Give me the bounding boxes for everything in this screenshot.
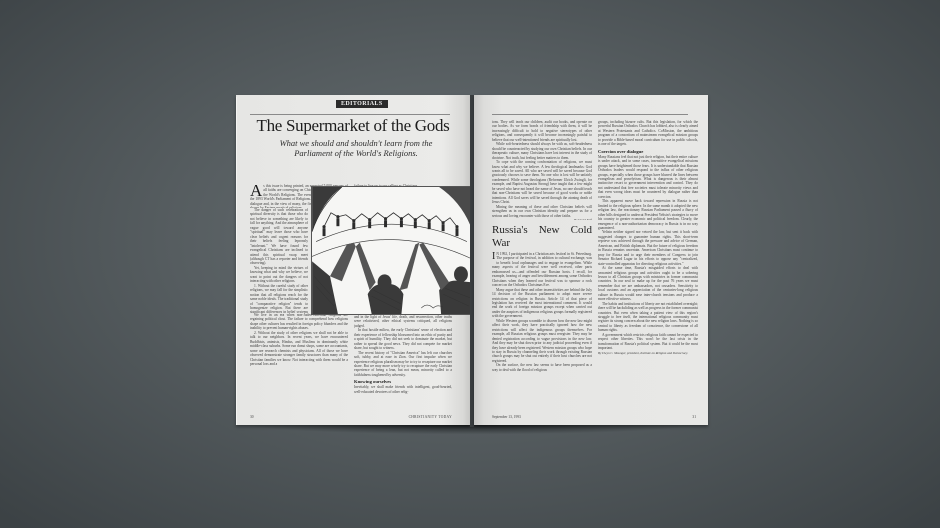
dropcap: I <box>492 252 495 261</box>
left-col2-bottom: and in the light of Jesus' life, death, … <box>354 315 452 413</box>
paragraph: N 1992, I participated in a Christian ar… <box>492 252 592 288</box>
paragraph: A government which restricts religious f… <box>598 333 698 351</box>
paragraph: To cope with the coming confrontation of… <box>492 160 592 205</box>
byline-mounger: By Dwyn C. Mounger, president, Institute… <box>598 351 698 355</box>
header-rule <box>492 114 688 115</box>
paragraph: Many Russians feel that not just their r… <box>598 155 698 200</box>
left-col1-narrow: The danger of such celebrations of spiri… <box>250 208 308 313</box>
paragraph: Inevitably, we shall make friends with i… <box>354 385 452 394</box>
paragraph: groups, including bizarre cults. But thi… <box>598 120 698 147</box>
right-col1-top: ions. They will teach our children, audi… <box>492 120 592 220</box>
paragraph: While Western groups scramble to discern… <box>492 319 592 364</box>
header-rule <box>250 114 450 115</box>
left-page: EDITORIALS The Supermarket of the Gods W… <box>236 95 470 425</box>
paragraph: We live in an era when non-Judeo-Christi… <box>250 313 348 331</box>
paragraph: This apparent move back toward repressio… <box>598 199 698 230</box>
article-title: The Supermarket of the Gods <box>236 116 470 136</box>
paragraph: In that hostile milieu, the early Christ… <box>354 328 452 350</box>
paragraph: 1. Without the careful study of other re… <box>250 284 308 313</box>
left-col1-bottom: We live in an era when non-Judeo-Christi… <box>250 313 348 413</box>
magazine-name-footer: CHRISTIANITY TODAY <box>409 415 452 419</box>
right-page: ions. They will teach our children, audi… <box>474 95 708 425</box>
paragraph: While soft-heartedness should always be … <box>492 142 592 160</box>
paragraph: At the same time, Russia's misguided eff… <box>598 266 698 302</box>
paragraph: 2. Without the study of other religions … <box>250 331 348 367</box>
left-page-number: 30 <box>250 415 254 419</box>
magazine-spread: EDITORIALS The Supermarket of the Gods W… <box>236 95 708 425</box>
editorial-illustration <box>311 186 470 315</box>
section-tag: EDITORIALS <box>336 100 388 108</box>
paragraph: Yet, keeping in mind the virtues of know… <box>250 266 308 284</box>
issue-date-footer: September 13, 1993 <box>492 415 521 419</box>
paragraph: On the surface, the new law seems to hav… <box>492 363 592 372</box>
page-edge-left <box>236 97 237 425</box>
paragraph: Many argue that these and other insensit… <box>492 288 592 319</box>
people-holding-hands-illustration <box>312 187 470 314</box>
paragraph: Mining the meaning of these and other Ch… <box>492 205 592 218</box>
paragraph: The danger of such celebrations of spiri… <box>250 208 308 266</box>
russia-article-title: Russia's New Cold War <box>492 224 592 250</box>
paragraph: The habits and institutions of liberty a… <box>598 302 698 333</box>
dropcap: A <box>250 184 262 197</box>
paragraph: ions. They will teach our children, audi… <box>492 120 592 142</box>
right-col2: groups, including bizarre cults. But thi… <box>598 120 698 412</box>
paragraph: Yeltsin neither signed nor vetoed the la… <box>598 230 698 266</box>
right-page-number: 31 <box>692 415 696 419</box>
russia-article: Russia's New Cold War I N 1992, I partic… <box>492 220 592 415</box>
paragraph: and in the light of Jesus' life, death, … <box>354 315 452 328</box>
paragraph: The recent history of "Christian America… <box>354 351 452 378</box>
article-deck: What we should and shouldn't learn from … <box>266 138 446 158</box>
